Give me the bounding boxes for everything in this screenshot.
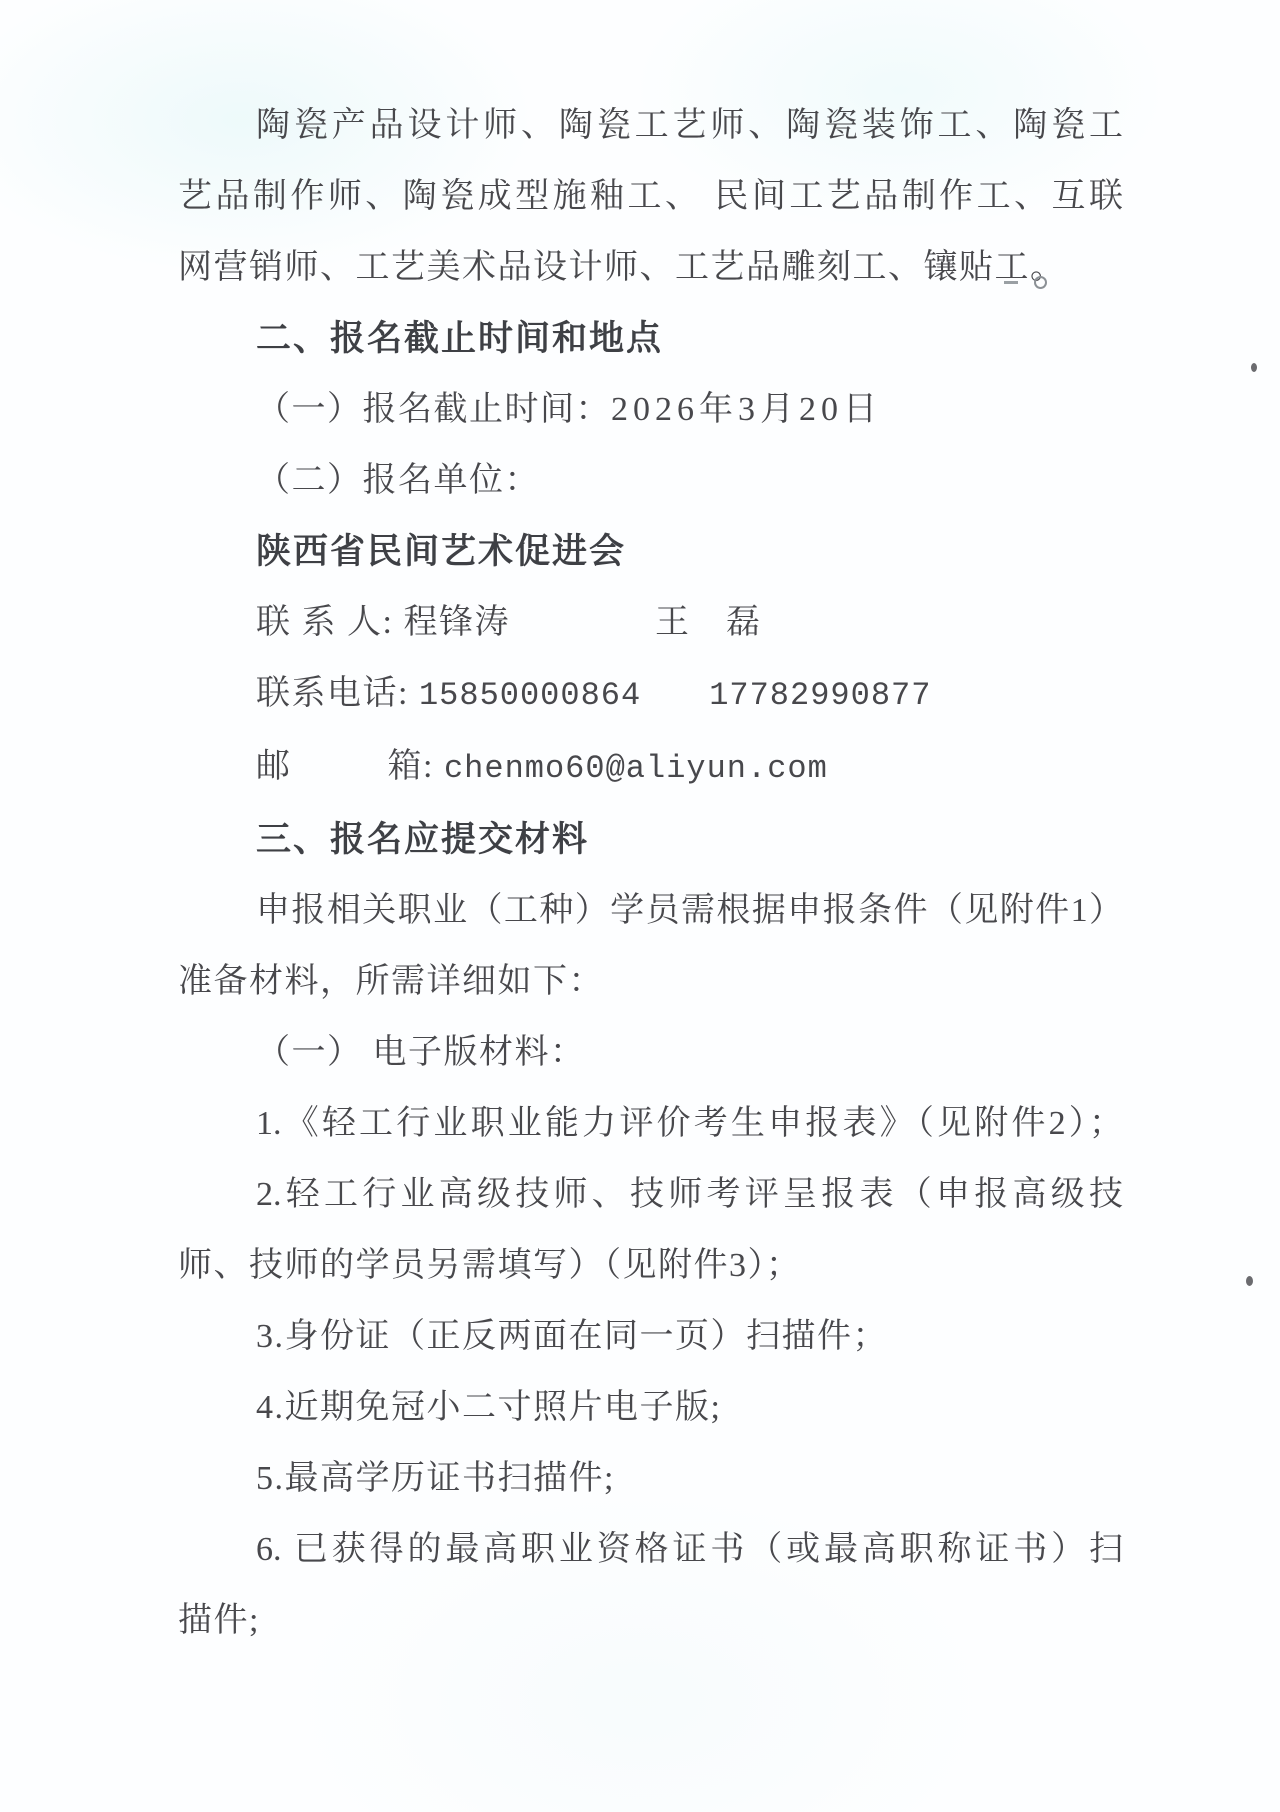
line-contact-phone: 联系电话: 1585000086417782990877 — [178, 658, 1123, 731]
text-segment: 王 磊 — [655, 604, 762, 641]
para-materials-line2: 准备材料，所需详细如下： — [178, 946, 1123, 1017]
text-segment: 2026年3月20日 — [611, 391, 882, 428]
line-contact-person: 联 系 人: 程锋涛王 磊 — [178, 587, 1123, 658]
text-segment: 联系电话: — [256, 675, 419, 712]
line-contact-email: 邮箱: chenmo60@aliyun.com — [178, 731, 1123, 804]
para-materials-line1: 申报相关职业（工种）学员需根据申报条件（见附件1） — [178, 875, 1123, 946]
para-occupations-line1: 陶瓷产品设计师、陶瓷工艺师、陶瓷装饰工、陶瓷工 — [178, 90, 1123, 161]
scan-dash-mark — [1004, 281, 1018, 284]
text-segment: 箱: — [388, 748, 444, 785]
item-5: 5.最高学历证书扫描件; — [178, 1443, 1123, 1514]
heading-section-2: 二、报名截止时间和地点 — [178, 303, 1123, 374]
line-registration-unit: （二）报名单位： — [178, 445, 1123, 516]
item-3: 3.身份证（正反两面在同一页）扫描件； — [178, 1301, 1123, 1372]
line-electronic-materials: （一） 电子版材料： — [178, 1017, 1123, 1088]
item-1: 1.《轻工行业职业能力评价考生申报表》（见附件2）； — [178, 1088, 1123, 1159]
text-segment: （一）报名截止时间： — [256, 391, 611, 428]
scan-ring-mark — [1034, 276, 1047, 289]
para-occupations-line3: 网营销师、工艺美术品设计师、工艺品雕刻工、镶贴工。 — [178, 232, 1123, 303]
item-6-line1: 6. 已获得的最高职业资格证书（或最高职称证书）扫 — [178, 1514, 1123, 1585]
item-4: 4.近期免冠小二寸照片电子版; — [178, 1372, 1123, 1443]
heading-section-3: 三、报名应提交材料 — [178, 804, 1123, 875]
para-occupations-line2: 艺品制作师、陶瓷成型施釉工、 民间工艺品制作工、互联 — [178, 161, 1123, 232]
text-segment: 15850000864 — [419, 677, 641, 714]
document-page: 陶瓷产品设计师、陶瓷工艺师、陶瓷装饰工、陶瓷工艺品制作师、陶瓷成型施釉工、 民间… — [0, 0, 1280, 1812]
text-segment: 程锋涛 — [403, 604, 510, 641]
text-segment: 邮 — [256, 748, 292, 785]
item-2-line1: 2.轻工行业高级技师、技师考评呈报表（申报高级技 — [178, 1159, 1123, 1230]
document-text-block: 陶瓷产品设计师、陶瓷工艺师、陶瓷装饰工、陶瓷工艺品制作师、陶瓷成型施釉工、 民间… — [178, 90, 1123, 1656]
item-2-line2: 师、技师的学员另需填写）（见附件3）； — [178, 1230, 1123, 1301]
text-segment: 17782990877 — [709, 677, 931, 714]
item-6-line2: 描件; — [178, 1585, 1123, 1656]
scan-speck — [1251, 363, 1257, 372]
line-organization: 陕西省民间艺术促进会 — [178, 516, 1123, 587]
line-deadline: （一）报名截止时间：2026年3月20日 — [178, 374, 1123, 445]
text-segment: chenmo60@aliyun.com — [444, 750, 828, 787]
scan-speck — [1246, 1276, 1253, 1286]
text-segment: 联 系 人: — [256, 604, 403, 641]
